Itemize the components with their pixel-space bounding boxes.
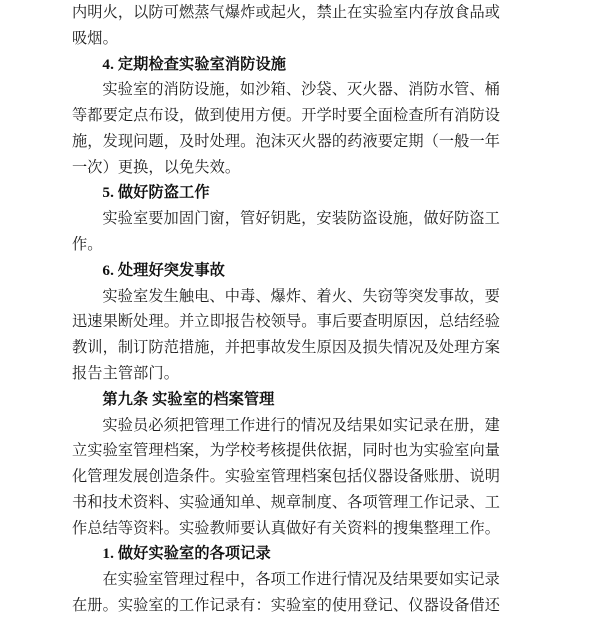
body-text-line: 内明火，以防可燃蒸气爆炸或起火，禁止在实验室内存放食品或 — [72, 0, 524, 26]
body-text-line: 在册。实验室的工作记录有：实验室的使用登记、仪器设备借还 — [72, 593, 524, 619]
body-text-line: 实验室要加固门窗，管好钥匙，安装防盗设施，做好防盗工 — [72, 206, 524, 232]
heading-lab-records: 1. 做好实验室的各项记录 — [72, 541, 524, 567]
document-text-block: 内明火，以防可燃蒸气爆炸或起火，禁止在实验室内存放食品或 吸烟。 4. 定期检查… — [72, 0, 524, 619]
body-text-line: 立实验室管理档案，为学校考核提供依据，同时也为实验室向量 — [72, 438, 524, 464]
heading-fire-facilities: 4. 定期检查实验室消防设施 — [72, 52, 524, 78]
body-text-line: 实验员必须把管理工作进行的情况及结果如实记录在册，建 — [72, 413, 524, 439]
body-text-line: 化管理发展创造条件。实验室管理档案包括仪器设备账册、说明 — [72, 464, 524, 490]
body-text-line: 作。 — [72, 232, 524, 258]
body-text-line: 吸烟。 — [72, 26, 524, 52]
body-text-line: 实验室发生触电、中毒、爆炸、着火、失窃等突发事故，要 — [72, 284, 524, 310]
body-text-line: 教训，制订防范措施，并把事故发生原因及损失情况及处理方案 — [72, 335, 524, 361]
heading-emergency-handling: 6. 处理好突发事故 — [72, 258, 524, 284]
body-text-line: 在实验室管理过程中，各项工作进行情况及结果要如实记录 — [72, 567, 524, 593]
document-page: 内明火，以防可燃蒸气爆炸或起火，禁止在实验室内存放食品或 吸烟。 4. 定期检查… — [0, 0, 591, 619]
body-text-line: 施，发现问题，及时处理。泡沫灭火器的药液要定期（一般一年 — [72, 129, 524, 155]
body-text-line: 迅速果断处理。并立即报告校领导。事后要查明原因，总结经验 — [72, 309, 524, 335]
heading-anti-theft: 5. 做好防盗工作 — [72, 180, 524, 206]
body-text-line: 一次）更换，以免失效。 — [72, 155, 524, 181]
body-text-line: 作总结等资料。实验教师要认真做好有关资料的搜集整理工作。 — [72, 516, 524, 542]
body-text-line: 实验室的消防设施，如沙箱、沙袋、灭火器、消防水管、桶 — [72, 77, 524, 103]
body-text-line: 等都要定点布设，做到使用方便。开学时要全面检查所有消防设 — [72, 103, 524, 129]
body-text-line: 书和技术资料、实验通知单、规章制度、各项管理工作记录、工 — [72, 490, 524, 516]
body-text-line: 报告主管部门。 — [72, 361, 524, 387]
heading-article-9-archives: 第九条 实验室的档案管理 — [72, 387, 524, 413]
